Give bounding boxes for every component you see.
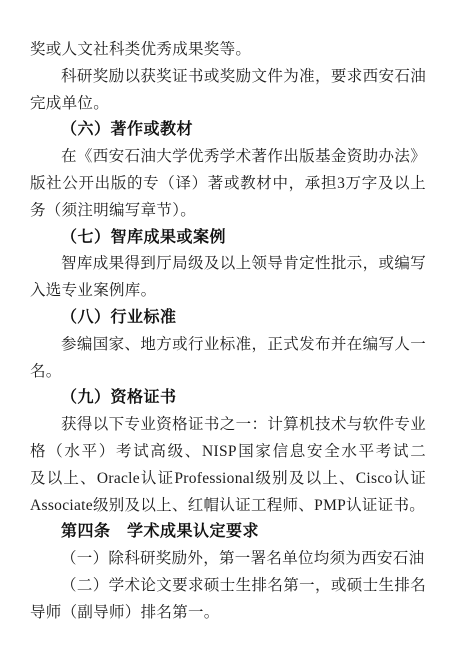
text-line: 参编国家、地方或行业标准，正式发布并在编写人一栏有署 bbox=[30, 332, 426, 359]
text-line: 奖或人文社科类优秀成果奖等。 bbox=[30, 37, 426, 64]
text-line: 名。 bbox=[30, 359, 426, 386]
text-line: 及以上、Oracle认证Professional级别及以上、Cisco认证证书 bbox=[30, 466, 426, 493]
document-page: 奖或人文社科类优秀成果奖等。科研奖励以获奖证书或奖励文件为准，要求西安石油大学为… bbox=[0, 0, 452, 660]
text-line: 务（须注明编写章节）。 bbox=[30, 198, 426, 225]
section-heading: （八）行业标准 bbox=[30, 305, 426, 332]
section-heading: （六）著作或教材 bbox=[30, 117, 426, 144]
text-line: 在《西安石油大学优秀学术著作出版基金资助办法》认定出 bbox=[30, 144, 426, 171]
text-line: 完成单位。 bbox=[30, 91, 426, 118]
text-line: Associate级别及以上、红帽认证工程师、PMP认证证书。 bbox=[30, 493, 426, 520]
text-line: 智库成果得到厅局级及以上领导肯定性批示，或编写的案例 bbox=[30, 251, 426, 278]
text-line: 科研奖励以获奖证书或奖励文件为准，要求西安石油大学为 bbox=[30, 64, 426, 91]
section-heading: （九）资格证书 bbox=[30, 385, 426, 412]
text-line: （一）除科研奖励外，第一署名单位均须为西安石油大学。 bbox=[30, 546, 426, 573]
text-line: 获得以下专业资格证书之一：计算机技术与软件专业技术资 bbox=[30, 412, 426, 439]
section-heading: 第四条 学术成果认定要求 bbox=[30, 519, 426, 546]
text-line: 格（水平）考试高级、NISP国家信息安全水平考试二级、华为HCIA bbox=[30, 439, 426, 466]
document-content: 奖或人文社科类优秀成果奖等。科研奖励以获奖证书或奖励文件为准，要求西安石油大学为… bbox=[0, 0, 452, 627]
text-line: 版社公开出版的专（译）著或教材中，承担3万字及以上撰写任 bbox=[30, 171, 426, 198]
section-heading: （七）智库成果或案例 bbox=[30, 225, 426, 252]
text-line: 入选专业案例库。 bbox=[30, 278, 426, 305]
text-line: （二）学术论文要求硕士生排名第一，或硕士生排名第二、 bbox=[30, 573, 426, 600]
text-line: 导师（副导师）排名第一。 bbox=[30, 600, 426, 627]
